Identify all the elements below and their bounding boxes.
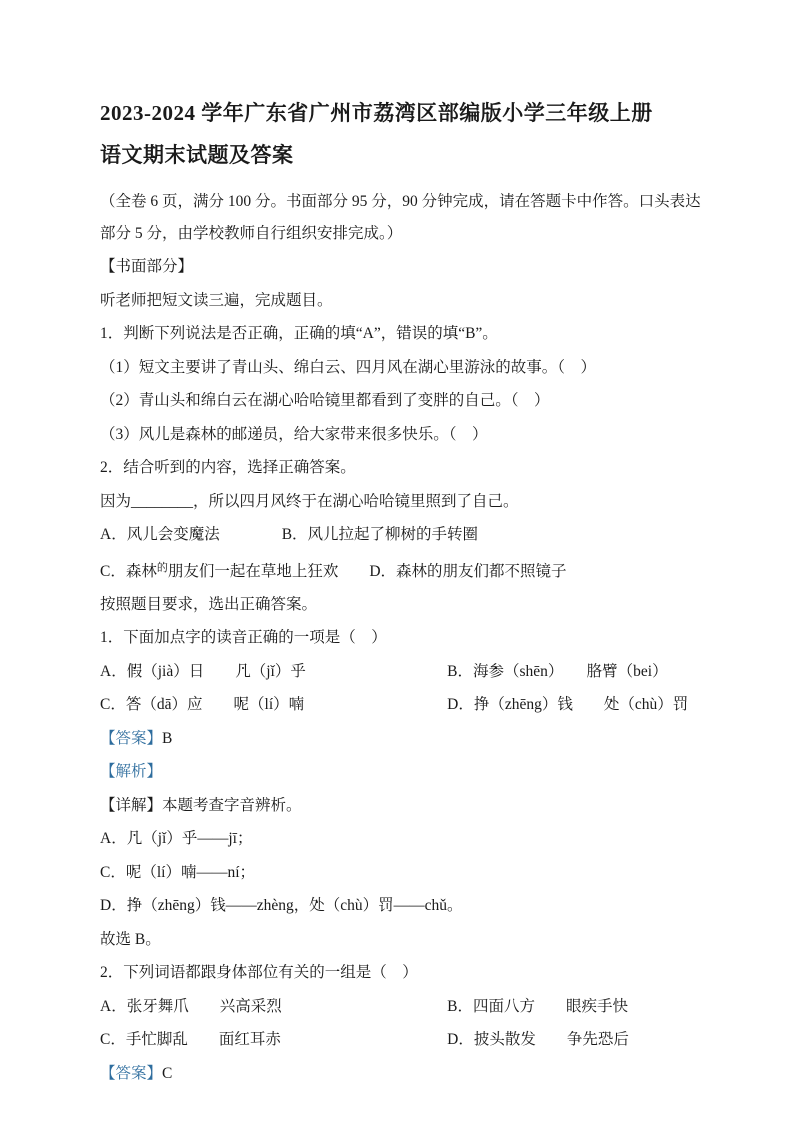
answer-label: 【答案】 bbox=[100, 730, 162, 747]
text-segment: 故选 B。 bbox=[100, 931, 161, 948]
dotted-character: 几 bbox=[127, 830, 143, 847]
text-segment: （2）青山头和绵白云在湖心哈哈镜里都看到了变胖的自己。（ ） bbox=[100, 392, 550, 409]
listening-q1-item-3: （3）风儿是森林的邮递员，给大家带来很多快乐。（ ） bbox=[100, 419, 709, 451]
text-segment: 2．结合听到的内容，选择正确答案。 bbox=[100, 459, 356, 476]
document-title-line-2: 语文期末试题及答案 bbox=[100, 134, 709, 176]
text-segment: 2．下列词语都跟身体部位有关的一组是（ ） bbox=[100, 964, 418, 981]
text-segment: （bei） bbox=[618, 663, 668, 680]
written-q2-options-ab: A．张牙舞爪 兴高采烈B．四面八方 眼疾手快 bbox=[100, 991, 709, 1023]
answer-label: 【解析】 bbox=[100, 763, 162, 780]
answer-label: 【答案】 bbox=[100, 1065, 162, 1082]
written-q1-options-ab-left: A．假（jià）日 几（jǐ）乎 bbox=[100, 656, 447, 688]
document-page: 2023-2024 学年广东省广州市荔湾区部编版小学三年级上册 语文期末试题及答… bbox=[0, 0, 793, 1122]
dotted-character: 几 bbox=[235, 663, 251, 680]
dotted-character: 臂 bbox=[602, 663, 618, 680]
document-title-line-1: 2023-2024 学年广东省广州市荔湾区部编版小学三年级上册 bbox=[100, 92, 709, 134]
text-segment: D．披头散发 争先恐后 bbox=[447, 1031, 629, 1048]
dotted-character: 呢 bbox=[234, 696, 250, 713]
text-segment: D． bbox=[447, 696, 474, 713]
listening-q1-prompt: 1．判断下列说法是否正确，正确的填“A”，错误的填“B”。 bbox=[100, 318, 709, 350]
text-segment: 【详解】本题考查字音辨析。 bbox=[100, 797, 302, 814]
text-segment: （zhēng）钱 bbox=[489, 696, 604, 713]
text-segment: （3）风儿是森林的邮递员，给大家带来很多快乐。（ ） bbox=[100, 426, 488, 443]
text-segment: B．四面八方 眼疾手快 bbox=[447, 998, 628, 1015]
document-body: （全卷 6 页，满分 100 分。书面部分 95 分，90 分钟完成，请在答题卡… bbox=[100, 186, 709, 1089]
written-q2-options-cd-right: D．披头散发 争先恐后 bbox=[447, 1024, 709, 1056]
text-segment: （1）短文主要讲了青山头、绵白云、四月风在湖心里游泳的故事。（ ） bbox=[100, 359, 596, 376]
dotted-character: 处 bbox=[604, 696, 620, 713]
dotted-character: 参 bbox=[488, 663, 504, 680]
superscript-character: 的 bbox=[157, 562, 168, 574]
text-segment: D． bbox=[100, 897, 127, 914]
dotted-character: 答 bbox=[126, 696, 142, 713]
text-segment: （chù）罚——chǔ。 bbox=[325, 897, 463, 914]
text-segment: 1．下面加点字的读音正确的一项是（ ） bbox=[100, 629, 387, 646]
section-written-part: 【书面部分】 bbox=[100, 251, 709, 283]
written-q2-options-cd-left: C．手忙脚乱 面红耳赤 bbox=[100, 1024, 447, 1056]
listening-q2-stem: 因为________，所以四月风终于在湖心哈哈镜里照到了自己。 bbox=[100, 486, 709, 518]
written-q1-conclusion: 故选 B。 bbox=[100, 924, 709, 956]
written-q1-answer: 【答案】B bbox=[100, 723, 709, 755]
text-segment: （全卷 6 页，满分 100 分。书面部分 95 分，90 分钟完成，请在答题卡… bbox=[100, 193, 701, 242]
dotted-character: 挣 bbox=[127, 897, 143, 914]
dotted-character: 呢 bbox=[126, 864, 142, 881]
written-q1-detail-a: A．几（jǐ）乎——jī； bbox=[100, 823, 709, 855]
text-segment: A．张牙舞爪 兴高采烈 bbox=[100, 998, 282, 1015]
text-segment: C．手忙脚乱 面红耳赤 bbox=[100, 1031, 281, 1048]
document-title: 2023-2024 学年广东省广州市荔湾区部编版小学三年级上册 语文期末试题及答… bbox=[100, 92, 709, 176]
written-q1-options-ab-right: B．海参（shēn） 胳臂（bei） bbox=[447, 656, 709, 688]
written-q2-answer: 【答案】C bbox=[100, 1058, 709, 1090]
text-segment: 【书面部分】 bbox=[100, 258, 193, 275]
written-q2-prompt: 2．下列词语都跟身体部位有关的一组是（ ） bbox=[100, 957, 709, 989]
written-q1-analysis-label: 【解析】 bbox=[100, 756, 709, 788]
text-segment: 1．判断下列说法是否正确，正确的填“A”，错误的填“B”。 bbox=[100, 325, 498, 342]
text-segment: （zhēng）钱——zhèng， bbox=[142, 897, 309, 914]
listening-q2-prompt: 2．结合听到的内容，选择正确答案。 bbox=[100, 452, 709, 484]
dotted-character: 处 bbox=[309, 897, 325, 914]
text-segment: B bbox=[162, 730, 172, 747]
text-segment: 因为________，所以四月风终于在湖心哈哈镜里照到了自己。 bbox=[100, 493, 519, 510]
written-q1-options-ab: A．假（jià）日 几（jǐ）乎B．海参（shēn） 胳臂（bei） bbox=[100, 656, 709, 688]
written-q1-options-cd: C．答（dā）应 呢（lí）喃D．挣（zhēng）钱 处（chù）罚 bbox=[100, 689, 709, 721]
text-segment: 听老师把短文读三遍，完成题目。 bbox=[100, 292, 333, 309]
listening-instruction: 听老师把短文读三遍，完成题目。 bbox=[100, 285, 709, 317]
written-q1-options-cd-left: C．答（dā）应 呢（lí）喃 bbox=[100, 689, 447, 721]
text-segment: C bbox=[162, 1065, 172, 1082]
written-q1-options-cd-right: D．挣（zhēng）钱 处（chù）罚 bbox=[447, 689, 709, 721]
listening-q2-options-cd: C．森林的朋友们一起在草地上狂欢 D．森林的朋友们都不照镜子 bbox=[100, 553, 709, 587]
text-segment: 按照题目要求，选出正确答案。 bbox=[100, 596, 317, 613]
listening-q1-item-1: （1）短文主要讲了青山头、绵白云、四月风在湖心里游泳的故事。（ ） bbox=[100, 352, 709, 384]
written-q2-options-ab-left: A．张牙舞爪 兴高采烈 bbox=[100, 991, 447, 1023]
listening-q2-options-ab: A．风儿会变魔法 B．风儿拉起了柳树的手转圈 bbox=[100, 519, 709, 551]
exam-info: （全卷 6 页，满分 100 分。书面部分 95 分，90 分钟完成，请在答题卡… bbox=[100, 186, 709, 249]
written-q1-prompt: 1．下面加点字的读音正确的一项是（ ） bbox=[100, 622, 709, 654]
text-segment: C． bbox=[100, 696, 126, 713]
dotted-character: 假 bbox=[127, 663, 143, 680]
written-q1-detail-intro: 【详解】本题考查字音辨析。 bbox=[100, 790, 709, 822]
text-segment: （lí）喃——ní； bbox=[141, 864, 255, 881]
text-segment: 朋友们一起在草地上狂欢 D．森林的朋友们都不照镜子 bbox=[168, 562, 567, 579]
text-segment: （chù）罚 bbox=[619, 696, 688, 713]
text-segment: A．风儿会变魔法 B．风儿拉起了柳树的手转圈 bbox=[100, 526, 478, 543]
written-q2-options-cd: C．手忙脚乱 面红耳赤D．披头散发 争先恐后 bbox=[100, 1024, 709, 1056]
text-segment: A． bbox=[100, 663, 127, 680]
text-segment: （shēn） 胳 bbox=[504, 663, 602, 680]
text-segment: A． bbox=[100, 830, 127, 847]
text-segment: （jià）日 bbox=[142, 663, 235, 680]
written-q1-detail-d: D．挣（zhēng）钱——zhèng，处（chù）罚——chǔ。 bbox=[100, 890, 709, 922]
dotted-character: 挣 bbox=[474, 696, 490, 713]
text-segment: B．海 bbox=[447, 663, 488, 680]
text-segment: （dā）应 bbox=[141, 696, 233, 713]
text-segment: （lí）喃 bbox=[249, 696, 304, 713]
written-q1-detail-c: C．呢（lí）喃——ní； bbox=[100, 857, 709, 889]
text-segment: C． bbox=[100, 864, 126, 881]
listening-q1-item-2: （2）青山头和绵白云在湖心哈哈镜里都看到了变胖的自己。（ ） bbox=[100, 385, 709, 417]
written-q2-options-ab-right: B．四面八方 眼疾手快 bbox=[447, 991, 709, 1023]
text-segment: （jǐ）乎——jī； bbox=[142, 830, 252, 847]
written-instruction: 按照题目要求，选出正确答案。 bbox=[100, 589, 709, 621]
text-segment: C．森林 bbox=[100, 562, 157, 579]
text-segment: （jǐ）乎 bbox=[251, 663, 306, 680]
